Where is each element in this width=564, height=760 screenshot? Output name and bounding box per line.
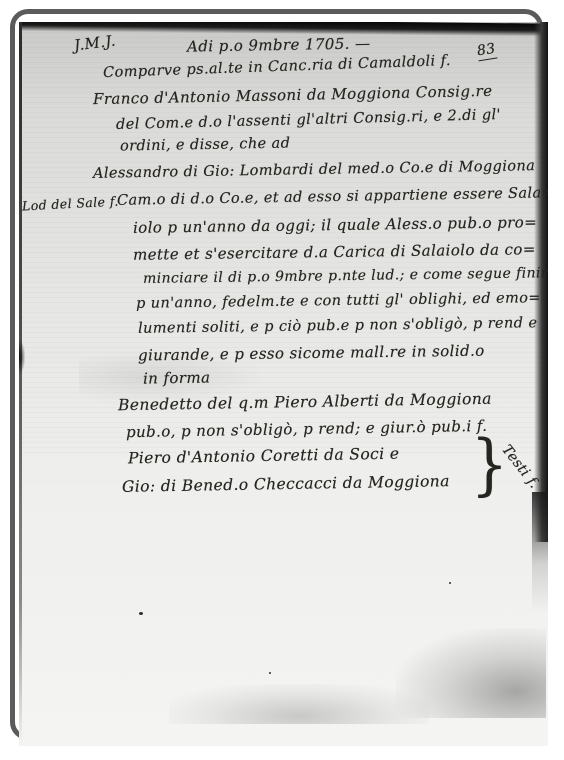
manuscript-line: Gio: di Bened.o Checcacci da Moggiona (122, 472, 450, 496)
page-gutter-fade (532, 492, 548, 612)
page-gutter-shadow (534, 22, 548, 542)
manuscript-line: Cam.o di d.o Co.e, et ad esso si apparti… (117, 185, 548, 209)
manuscript-line: Benedetto del q.m Piero Alberti da Moggi… (118, 390, 492, 415)
manuscript-line: iolo p un'anno da oggi; il quale Aless.o… (133, 213, 537, 237)
stain-bottom-right (396, 628, 546, 718)
manuscript-line: del Com.e d.o l'assenti gl'altri Consig.… (116, 107, 501, 133)
page-left-edge-shadow (19, 22, 22, 746)
manuscript-line: mette et s'esercitare d.a Carica di Sala… (133, 240, 536, 264)
manuscript-line: pub.o, p non s'obligò, p rend; e giur.ò … (126, 417, 488, 441)
manuscript-line: Alessandro di Gio: Lombardi del med.o Co… (93, 158, 535, 182)
manuscript-line: Comparve ps.al.te in Canc.ria di Camaldo… (103, 53, 451, 81)
ink-speck (449, 582, 451, 584)
invocation: J.M.J. (73, 32, 117, 55)
manuscript-line: in forma (143, 368, 211, 387)
manuscript-line: Franco d'Antonio Massoni da Moggiona Con… (93, 82, 493, 108)
manuscript-line: Piero d'Antonio Coretti da Soci e (128, 445, 400, 468)
page-left-edge-blot (19, 340, 25, 374)
manuscript-line: minciare il di p.o 9mbre p.nte lud.; e c… (143, 265, 548, 287)
page-number: 83 (476, 41, 497, 60)
ink-speck (139, 612, 143, 615)
margin-note: Lod del Sale f. (22, 193, 119, 213)
manuscript-line: p un'anno, fedelm.te e con tutti gl' obl… (136, 290, 541, 312)
manuscript-line: ordini, e disse, che ad (120, 136, 291, 155)
stain-bottom-center (169, 684, 429, 724)
witness-brace: } (471, 425, 508, 503)
manuscript-line: giurande, e p esso sicome mall.re in sol… (138, 342, 485, 365)
manuscript-line: lumenti soliti, e p ciò pub.e p non s'ob… (138, 315, 538, 337)
manuscript-paper: J.M.J. Adi p.o 9mbre 1705. — 83 Lod del … (19, 22, 548, 746)
date-line: Adi p.o 9mbre 1705. — (187, 34, 371, 55)
manuscript-scan-page: { "manuscript": { "invocation": "J.M.J."… (0, 0, 564, 760)
ink-speck (269, 672, 271, 674)
